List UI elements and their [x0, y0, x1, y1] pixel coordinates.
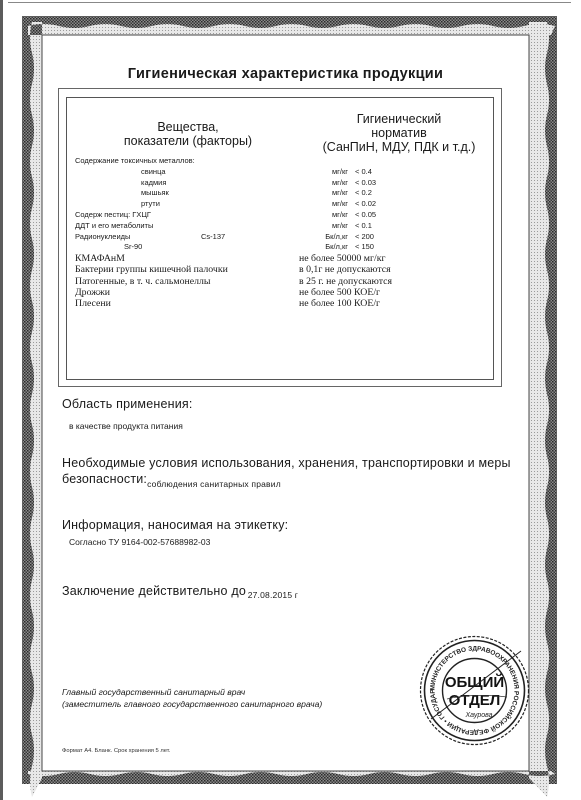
unit: мг/кг	[306, 188, 348, 199]
conditions-label-line2: безопасности:соблюдения санитарных прави…	[62, 472, 281, 486]
hygiene-table-inner: Вещества, показатели (факторы) Гигиениче…	[66, 97, 494, 380]
indicator-name: КМАФАнМ	[75, 253, 125, 264]
norm-value: не более 50000 мг/кг	[299, 253, 386, 264]
conditions-value: соблюдения санитарных правил	[147, 479, 281, 489]
table-row: Патогенные, в т. ч. сальмонеллыв 25 г. н…	[75, 276, 495, 287]
document-title: Гигиеническая характеристика продукции	[42, 66, 529, 82]
label-info-label: Информация, наносимая на этикетку:	[62, 518, 288, 532]
table-row: Содерж пестиц: ГХЦГмг/кг< 0.05	[75, 210, 495, 221]
indicator-name: Плесени	[75, 298, 111, 309]
signature-block: Главный государственный санитарный врач …	[62, 687, 322, 710]
table-row: свинцамг/кг< 0.4	[75, 167, 495, 178]
unit: мг/кг	[306, 210, 348, 221]
validity-label: Заключение действительно до	[62, 584, 246, 598]
norm-value: < 200	[355, 232, 374, 243]
stamp-center-line2: ОТДЕЛ	[449, 692, 501, 709]
table-row: Дрожжине более 500 КОЕ/г	[75, 287, 495, 298]
norm-value: < 0.4	[355, 167, 372, 178]
table-row: ДДТ и его метаболитымг/кг< 0.1	[75, 221, 495, 232]
norm-value: не более 100 КОЕ/г	[299, 298, 380, 309]
unit: Бк/л,кг	[306, 232, 348, 243]
norm-value: < 0.05	[355, 210, 376, 221]
footer-note: Формат А4. Бланк. Срок хранения 5 лет.	[62, 748, 170, 754]
validity-date: 27.08.2015 г	[248, 590, 298, 600]
table-row: РадионуклеидыCs-137Бк/л,кг< 200	[75, 232, 495, 243]
unit: мг/кг	[306, 199, 348, 210]
table-row: Плесенине более 100 КОЕ/г	[75, 298, 495, 309]
norm-value: в 25 г. не допускаются	[299, 276, 392, 287]
norm-value: < 150	[355, 242, 374, 253]
substance-name: ДДТ и его метаболиты	[75, 221, 153, 232]
substance-name: Sr-90	[124, 242, 142, 253]
table-row: кадмиямг/кг< 0.03	[75, 178, 495, 189]
stamp-center-line1: ОБЩИЙ	[445, 673, 504, 691]
table-row: ртутимг/кг< 0.02	[75, 199, 495, 210]
substance-name: Радионуклеиды	[75, 232, 130, 243]
norm-value: < 0.1	[355, 221, 372, 232]
column-header-substances: Вещества, показатели (факторы)	[103, 120, 273, 148]
table-row: Содержание токсичных металлов:	[75, 156, 495, 167]
label-info-value: Согласно ТУ 9164-002-57688982-03	[69, 537, 210, 547]
microbiology-list: КМАФАнМне более 50000 мг/кгБактерии груп…	[75, 253, 495, 309]
signature-title: Главный государственный санитарный врач	[62, 687, 322, 699]
scope-label: Область применения:	[62, 397, 193, 411]
indicator-name: Дрожжи	[75, 287, 110, 298]
unit: мг/кг	[306, 221, 348, 232]
table-row: Sr-90Бк/л,кг< 150	[75, 242, 495, 253]
substance-name: ртути	[141, 199, 160, 210]
stamp-signature: Хаурова	[464, 712, 492, 719]
substance-name: Содержание токсичных металлов:	[75, 156, 195, 167]
norm-value: < 0.02	[355, 199, 376, 210]
substance-name: свинца	[141, 167, 166, 178]
signature-deputy: (заместитель главного государственного с…	[62, 699, 322, 711]
scope-value: в качестве продукта питания	[69, 421, 183, 431]
substance-name: мышьяк	[141, 188, 169, 199]
toxic-substances-list: Содержание токсичных металлов:свинцамг/к…	[75, 156, 495, 253]
official-stamp: МИНИСТЕРСТВО ЗДРАВООХРАНЕНИЯ РОССИЙСКОЙ …	[417, 633, 532, 748]
table-row: мышьякмг/кг< 0.2	[75, 188, 495, 199]
conditions-label: Необходимые условия использования, хране…	[62, 456, 511, 470]
table-row: КМАФАнМне более 50000 мг/кг	[75, 253, 495, 264]
substance-name: Содерж пестиц: ГХЦГ	[75, 210, 151, 221]
unit: Бк/л,кг	[306, 242, 348, 253]
table-row: Бактерии группы кишечной палочкив 0,1г н…	[75, 264, 495, 275]
norm-value: в 0,1г не допускаются	[299, 264, 391, 275]
column-header-norms: Гигиенический норматив (СанПиН, МДУ, ПДК…	[299, 112, 499, 154]
hygiene-table: Вещества, показатели (факторы) Гигиениче…	[58, 88, 502, 387]
norm-value: < 0.03	[355, 178, 376, 189]
unit: мг/кг	[306, 178, 348, 189]
indicator-name: Патогенные, в т. ч. сальмонеллы	[75, 276, 210, 287]
validity-line: Заключение действительно до 27.08.2015 г	[62, 584, 298, 598]
substance-name: кадмия	[141, 178, 166, 189]
isotope-name: Cs-137	[201, 232, 225, 243]
norm-value: не более 500 КОЕ/г	[299, 287, 380, 298]
unit: мг/кг	[306, 167, 348, 178]
norm-value: < 0.2	[355, 188, 372, 199]
indicator-name: Бактерии группы кишечной палочки	[75, 264, 228, 275]
certificate-page: Гигиеническая характеристика продукции В…	[42, 35, 529, 771]
